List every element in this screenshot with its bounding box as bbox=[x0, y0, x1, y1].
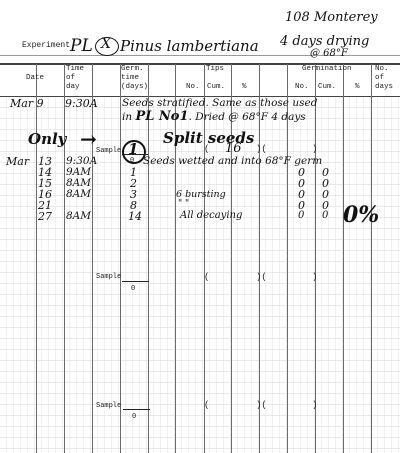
drying-temp-note: @ 68°F bbox=[310, 48, 348, 59]
col-header-germ-time: time bbox=[121, 74, 139, 83]
col-header-germ-no: No. bbox=[295, 83, 309, 92]
experiment-label: Experiment bbox=[22, 42, 70, 51]
sample-2-paren-mid: )( bbox=[256, 273, 267, 282]
col-header-tips-no: No. bbox=[186, 83, 200, 92]
sample-1-count: 16 bbox=[225, 141, 242, 156]
col-header-germ-cum: Cum. bbox=[318, 83, 336, 92]
row-note-ditto: " " bbox=[178, 199, 189, 209]
sample-number: 1 bbox=[128, 140, 138, 158]
column-divider bbox=[64, 64, 65, 453]
row-month: Mar bbox=[6, 155, 29, 168]
column-divider bbox=[120, 64, 121, 453]
entry-time: 9:30A bbox=[65, 97, 98, 110]
sample-2-paren-close: ) bbox=[312, 273, 317, 282]
sample-1-paren-mid: )( bbox=[256, 145, 267, 154]
sample-1-paren-open: ( bbox=[204, 145, 209, 154]
sample-1-paren-close: ) bbox=[312, 145, 317, 154]
sample-2-underline bbox=[122, 281, 149, 282]
col-header-germ-days: (days) bbox=[121, 83, 148, 92]
entry-note-line1: Seeds stratified. Same as those used bbox=[122, 97, 317, 109]
col-header-date: Date bbox=[26, 74, 44, 83]
col-header-time-of: of bbox=[66, 74, 75, 83]
sample-2-zero: 0 bbox=[131, 285, 135, 294]
col-header-tips: Tips bbox=[206, 65, 224, 74]
sample-3-paren-open: ( bbox=[204, 401, 209, 410]
entry-note-line2: in PL No1. Dried @ 68°F 4 days bbox=[122, 109, 306, 124]
row-time: 8AM bbox=[66, 188, 91, 200]
drying-note: 4 days drying bbox=[280, 34, 369, 49]
column-divider bbox=[371, 64, 372, 453]
col-header-tips-pct: % bbox=[242, 83, 247, 92]
row-germ-no: 0 bbox=[298, 210, 304, 221]
experiment-code: PL bbox=[70, 36, 93, 56]
col-header-time: Time bbox=[66, 65, 84, 74]
col-header-germination: Germination bbox=[302, 65, 352, 74]
col-header-germ-pct: % bbox=[355, 83, 360, 92]
sample-3-underline bbox=[123, 409, 150, 410]
sample-3-label: Sample bbox=[96, 402, 121, 411]
col-header-germ: Germ. bbox=[121, 65, 144, 74]
sample-3-paren-mid: )( bbox=[256, 401, 267, 410]
col-header-tips-cum: Cum. bbox=[207, 83, 225, 92]
row-note: Seeds wetted and into 68°F germ bbox=[143, 155, 322, 167]
column-divider bbox=[343, 64, 344, 453]
graph-paper-grid bbox=[0, 97, 400, 453]
row-day: 27 bbox=[38, 210, 52, 223]
entry-note-pl-no1: PL No1 bbox=[135, 109, 188, 124]
sample-1-label: Sample bbox=[96, 147, 121, 156]
entry-date: Mar 9 bbox=[10, 97, 44, 110]
species-name: Pinus lambertiana bbox=[120, 37, 259, 55]
col-header-days-of: of bbox=[375, 74, 384, 83]
experiment-mark: X bbox=[101, 36, 111, 52]
row-time: 8AM bbox=[66, 210, 91, 222]
final-germination-percent: 0% bbox=[343, 202, 379, 228]
sample-2-label: Sample bbox=[96, 273, 121, 282]
row-germ-time: 14 bbox=[128, 210, 142, 223]
seed-source-note: 108 Monterey bbox=[285, 10, 378, 25]
entry-note-in: in bbox=[122, 111, 132, 123]
sample-2-paren-open: ( bbox=[204, 273, 209, 282]
sample-3-zero: 0 bbox=[132, 413, 136, 422]
row-germ-cum: 0 bbox=[322, 210, 328, 221]
column-divider bbox=[92, 64, 93, 453]
sample-3-paren-close: ) bbox=[312, 401, 317, 410]
arrow-icon: → bbox=[80, 127, 97, 151]
col-header-time-day: day bbox=[66, 83, 80, 92]
sample-1-zero: 0 bbox=[130, 157, 134, 166]
column-divider bbox=[36, 64, 37, 453]
col-header-days: days bbox=[375, 83, 393, 92]
entry-note-dried: . Dried @ 68°F 4 days bbox=[189, 111, 306, 123]
row-note: All decaying bbox=[180, 210, 242, 221]
col-header-days-no: No. bbox=[375, 65, 389, 74]
only-annotation: Only bbox=[28, 130, 66, 148]
column-divider bbox=[315, 64, 316, 453]
